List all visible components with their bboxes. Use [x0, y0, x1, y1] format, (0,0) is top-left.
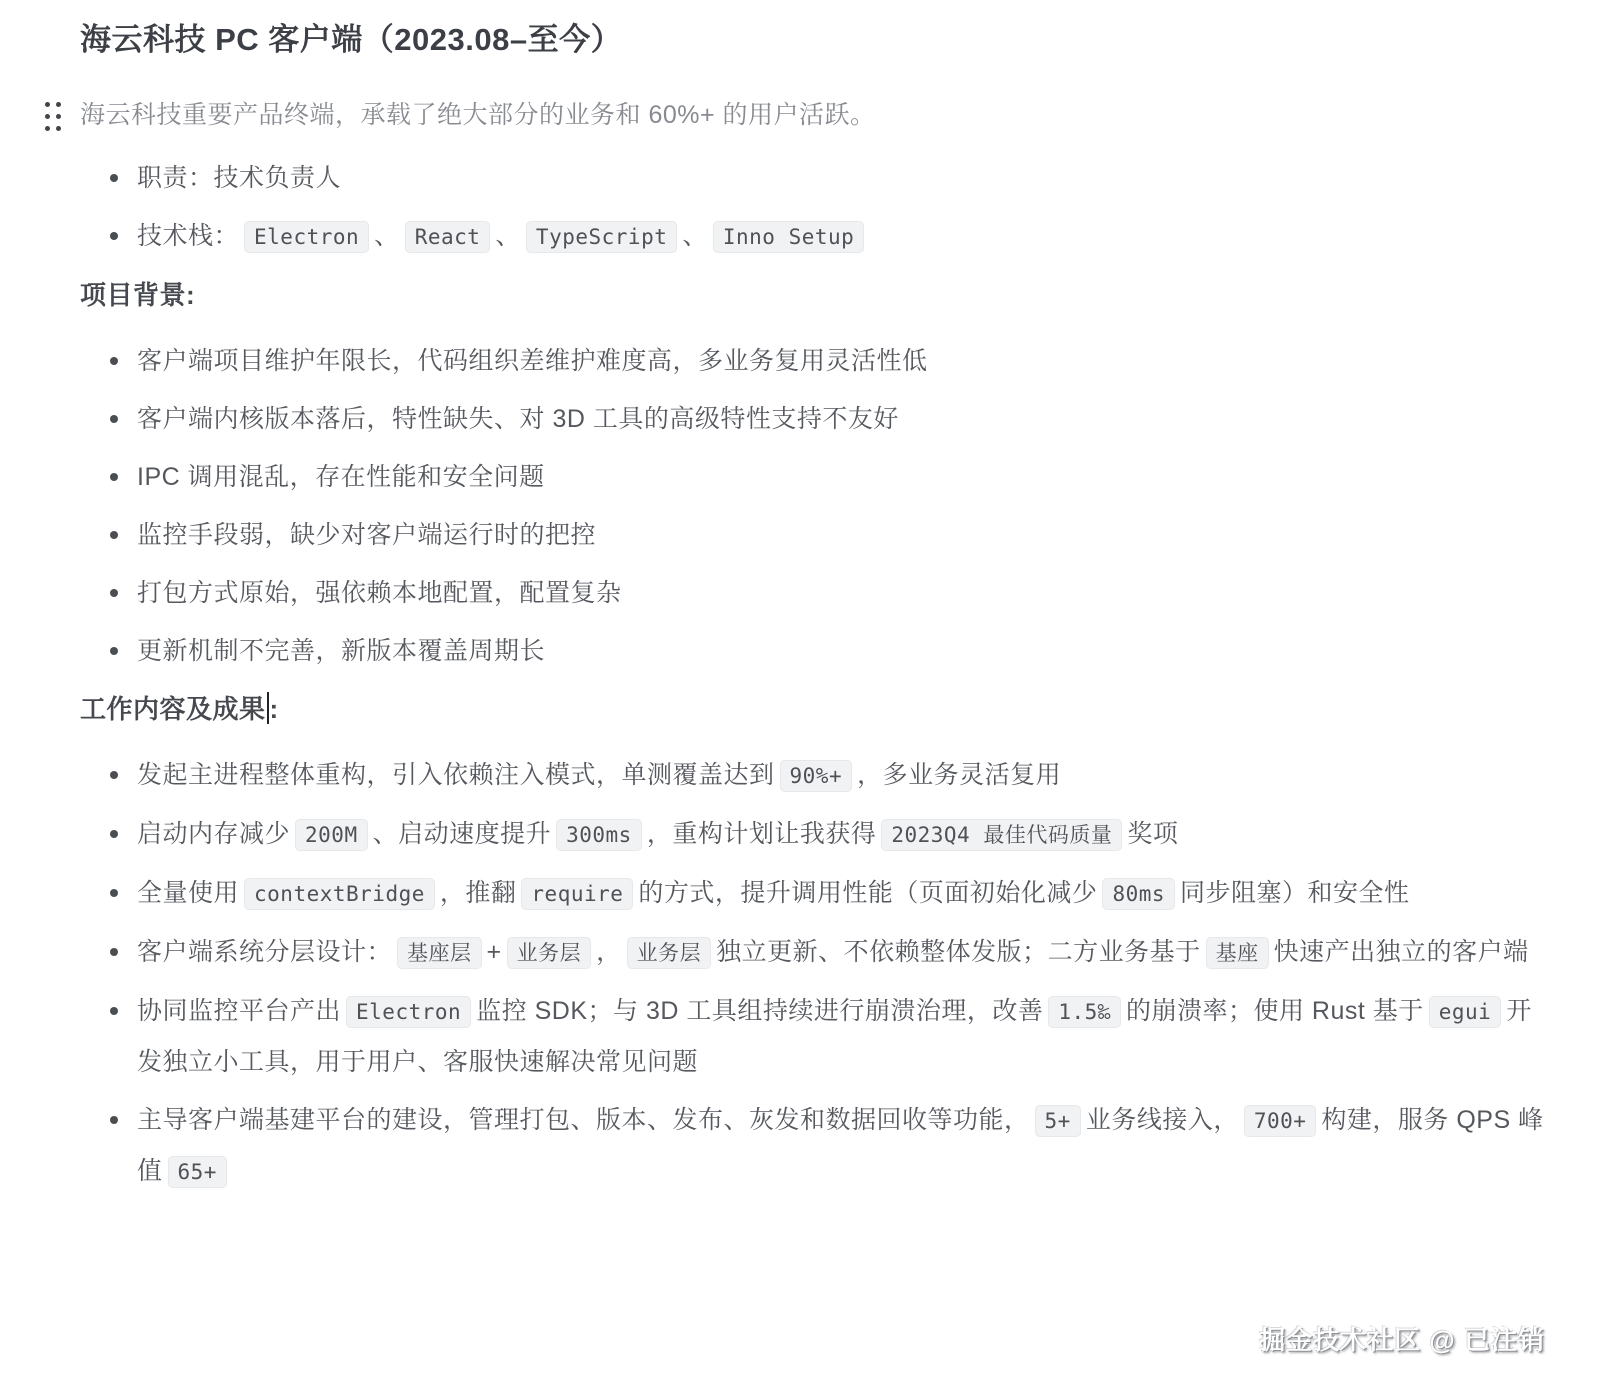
- list-item-text: 主导客户端基建平台的建设，管理打包、版本、发布、灰发和数据回收等功能，: [137, 1106, 1030, 1134]
- list-item-text: 独立更新、不依赖整体发版；二方业务基于: [716, 938, 1201, 966]
- watermark: 掘金技术社区 @ 已注销: [1259, 1320, 1545, 1357]
- background-bullet-list: 客户端项目维护年限长，代码组织差维护难度高，多业务复用灵活性低客户端内核版本落后…: [80, 336, 1546, 676]
- list-item-content[interactable]: 主导客户端基建平台的建设，管理打包、版本、发布、灰发和数据回收等功能，5+业务线…: [118, 1095, 1546, 1197]
- list-item-text: 监控手段弱，缺少对客户端运行时的把控: [137, 521, 596, 549]
- list-item-text: ，多业务灵活复用: [857, 761, 1061, 789]
- list-item-text: 的崩溃率；使用 Rust 基于: [1126, 997, 1424, 1025]
- list-item-text: 客户端系统分层设计：: [137, 938, 392, 966]
- inline-code-tag: 业务层: [507, 937, 592, 969]
- inline-code-tag: 2023Q4 最佳代码质量: [881, 819, 1122, 851]
- bullet-dot-icon: [110, 531, 118, 539]
- inline-code-tag: Electron: [244, 221, 369, 253]
- list-item-text: 、启动速度提升: [373, 820, 552, 848]
- list-item-text: 更新机制不完善，新版本覆盖周期长: [137, 637, 545, 665]
- list-item-text: +: [487, 938, 502, 966]
- block-drag-handle-icon[interactable]: [42, 98, 64, 134]
- inline-code-tag: require: [521, 878, 633, 910]
- list-item: 客户端系统分层设计：基座层+业务层，业务层独立更新、不依赖整体发版；二方业务基于…: [80, 927, 1546, 978]
- inline-code-tag: TypeScript: [526, 221, 677, 253]
- text-cursor: [267, 692, 269, 724]
- list-item-text: 协同监控平台产出: [137, 997, 341, 1025]
- inline-code-tag: 200M: [295, 819, 368, 851]
- section-heading-work-colon: :: [270, 694, 279, 724]
- section-heading-work-text: 工作内容及成果: [80, 694, 266, 724]
- list-item: 技术栈：Electron、React、TypeScript、Inno Setup: [80, 211, 1546, 262]
- inline-code-tag: 300ms: [556, 819, 642, 851]
- list-item: 职责：技术负责人: [80, 153, 1546, 203]
- list-item-content[interactable]: 发起主进程整体重构，引入依赖注入模式，单测覆盖达到90%+，多业务灵活复用: [118, 750, 1546, 801]
- list-item-text: 客户端内核版本落后，特性缺失、对 3D 工具的高级特性支持不友好: [137, 405, 899, 433]
- inline-code-tag: egui: [1429, 996, 1502, 1028]
- inline-code-tag: 90%+: [780, 760, 853, 792]
- bullet-dot-icon: [110, 232, 118, 240]
- list-item: 更新机制不完善，新版本覆盖周期长: [80, 626, 1546, 676]
- list-item-content[interactable]: 监控手段弱，缺少对客户端运行时的把控: [118, 510, 1546, 560]
- inline-code-tag: 1.5‰: [1048, 996, 1121, 1028]
- list-item-text: 职责：技术负责人: [137, 164, 341, 192]
- inline-code-tag: React: [405, 221, 491, 253]
- list-item-text: 技术栈：: [137, 222, 239, 250]
- list-item-text: 全量使用: [137, 879, 239, 907]
- intro-paragraph[interactable]: 海云科技重要产品终端，承载了绝大部分的业务和 60%+ 的用户活跃。: [80, 90, 1546, 140]
- list-item-content[interactable]: 协同监控平台产出Electron监控 SDK；与 3D 工具组持续进行崩溃治理，…: [118, 986, 1546, 1087]
- bullet-dot-icon: [110, 889, 118, 897]
- list-item: 主导客户端基建平台的建设，管理打包、版本、发布、灰发和数据回收等功能，5+业务线…: [80, 1095, 1546, 1197]
- list-item-content[interactable]: 客户端内核版本落后，特性缺失、对 3D 工具的高级特性支持不友好: [118, 394, 1546, 444]
- list-item-text: 监控 SDK；与 3D 工具组持续进行崩溃治理，改善: [476, 997, 1043, 1025]
- list-item: IPC 调用混乱，存在性能和安全问题: [80, 452, 1546, 502]
- list-item-text: 、: [374, 222, 400, 250]
- list-item-text: 业务线接入，: [1086, 1106, 1239, 1134]
- list-item: 客户端内核版本落后，特性缺失、对 3D 工具的高级特性支持不友好: [80, 394, 1546, 444]
- list-item: 发起主进程整体重构，引入依赖注入模式，单测覆盖达到90%+，多业务灵活复用: [80, 750, 1546, 801]
- list-item-content[interactable]: IPC 调用混乱，存在性能和安全问题: [118, 452, 1546, 502]
- bullet-dot-icon: [110, 174, 118, 182]
- inline-code-tag: Electron: [346, 996, 471, 1028]
- bullet-dot-icon: [110, 647, 118, 655]
- bullet-dot-icon: [110, 589, 118, 597]
- inline-code-tag: 基座: [1206, 937, 1269, 969]
- list-item: 打包方式原始，强依赖本地配置，配置复杂: [80, 568, 1546, 618]
- list-item-text: ，重构计划让我获得: [647, 820, 877, 848]
- bullet-dot-icon: [110, 1007, 118, 1015]
- list-item: 监控手段弱，缺少对客户端运行时的把控: [80, 510, 1546, 560]
- section-heading-work[interactable]: 工作内容及成果:: [80, 684, 1546, 734]
- list-item-content[interactable]: 打包方式原始，强依赖本地配置，配置复杂: [118, 568, 1546, 618]
- list-item-content[interactable]: 全量使用contextBridge，推翻require的方式，提升调用性能（页面…: [118, 868, 1546, 919]
- list-item-text: 启动内存减少: [137, 820, 290, 848]
- list-item-content[interactable]: 客户端系统分层设计：基座层+业务层，业务层独立更新、不依赖整体发版；二方业务基于…: [118, 927, 1546, 978]
- page-title[interactable]: 海云科技 PC 客户端（2023.08–至今）: [80, 20, 1546, 60]
- list-item-text: 发起主进程整体重构，引入依赖注入模式，单测覆盖达到: [137, 761, 775, 789]
- list-item-content[interactable]: 更新机制不完善，新版本覆盖周期长: [118, 626, 1546, 676]
- inline-code-tag: contextBridge: [244, 878, 435, 910]
- list-item-text: 打包方式原始，强依赖本地配置，配置复杂: [137, 579, 622, 607]
- list-item-text: 、: [495, 222, 521, 250]
- bullet-dot-icon: [110, 473, 118, 481]
- bullet-dot-icon: [110, 415, 118, 423]
- inline-code-tag: 700+: [1244, 1105, 1317, 1137]
- list-item-text: 奖项: [1127, 820, 1178, 848]
- inline-code-tag: 80ms: [1102, 878, 1175, 910]
- list-item: 协同监控平台产出Electron监控 SDK；与 3D 工具组持续进行崩溃治理，…: [80, 986, 1546, 1087]
- inline-code-tag: 基座层: [397, 937, 482, 969]
- list-item: 客户端项目维护年限长，代码组织差维护难度高，多业务复用灵活性低: [80, 336, 1546, 386]
- bullet-dot-icon: [110, 357, 118, 365]
- work-bullet-list: 发起主进程整体重构，引入依赖注入模式，单测覆盖达到90%+，多业务灵活复用启动内…: [80, 750, 1546, 1197]
- list-item-text: 、: [682, 222, 708, 250]
- list-item-text: ，推翻: [440, 879, 517, 907]
- inline-code-tag: 业务层: [627, 937, 712, 969]
- list-item-content[interactable]: 启动内存减少200M、启动速度提升300ms，重构计划让我获得2023Q4 最佳…: [118, 809, 1546, 860]
- list-item-content[interactable]: 客户端项目维护年限长，代码组织差维护难度高，多业务复用灵活性低: [118, 336, 1546, 386]
- list-item-text: 客户端项目维护年限长，代码组织差维护难度高，多业务复用灵活性低: [137, 347, 928, 375]
- list-item-text: ，: [596, 938, 622, 966]
- list-item: 全量使用contextBridge，推翻require的方式，提升调用性能（页面…: [80, 868, 1546, 919]
- list-item-text: IPC 调用混乱，存在性能和安全问题: [137, 463, 545, 491]
- section-heading-background[interactable]: 项目背景:: [80, 270, 1546, 320]
- inline-code-tag: Inno Setup: [713, 221, 864, 253]
- list-item-content[interactable]: 技术栈：Electron、React、TypeScript、Inno Setup: [118, 211, 1546, 262]
- inline-code-tag: 65+: [168, 1156, 227, 1188]
- list-item-content[interactable]: 职责：技术负责人: [118, 153, 1546, 203]
- list-item-text: 快速产出独立的客户端: [1274, 938, 1529, 966]
- bullet-dot-icon: [110, 771, 118, 779]
- list-item-text: 同步阻塞）和安全性: [1180, 879, 1410, 907]
- meta-bullet-list: 职责：技术负责人技术栈：Electron、React、TypeScript、In…: [80, 153, 1546, 262]
- bullet-dot-icon: [110, 830, 118, 838]
- inline-code-tag: 5+: [1035, 1105, 1081, 1137]
- bullet-dot-icon: [110, 948, 118, 956]
- list-item: 启动内存减少200M、启动速度提升300ms，重构计划让我获得2023Q4 最佳…: [80, 809, 1546, 860]
- document-page: 海云科技 PC 客户端（2023.08–至今） 海云科技重要产品终端，承载了绝大…: [0, 0, 1624, 1197]
- list-item-text: 的方式，提升调用性能（页面初始化减少: [638, 879, 1097, 907]
- bullet-dot-icon: [110, 1116, 118, 1124]
